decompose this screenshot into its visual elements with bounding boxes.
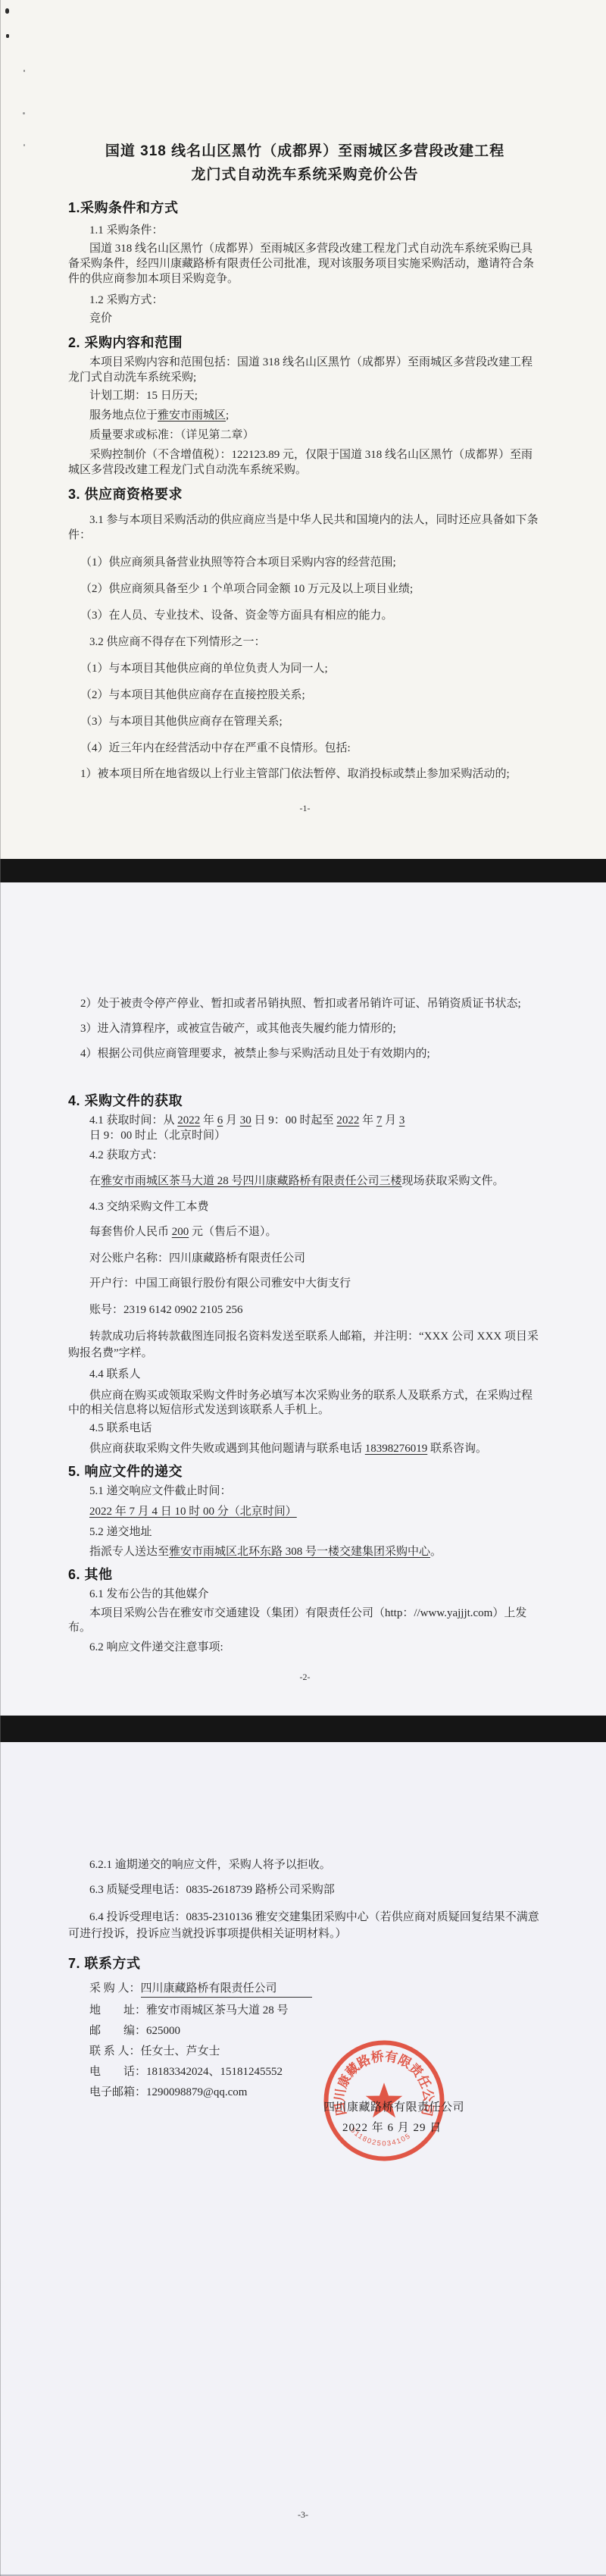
signature-company-name: 四川康藏路桥有限责任公司: [323, 2098, 464, 2114]
clause-4-5-label: 4.5 联系电话: [68, 1421, 542, 1436]
clause-1-1-body: 国道 318 线名山区黑竹（成都界）至雨城区多营段改建工程龙门式自动洗车系统采购…: [68, 241, 542, 287]
clause-4-3-label: 4.3 交纳采购文件工本费: [68, 1199, 542, 1214]
t: 。: [430, 1546, 442, 1558]
t: 现场获取采购文件。: [402, 1175, 504, 1187]
contact-person-row: 联 系 人： 任女士、芦女士: [68, 2044, 542, 2059]
clause-3-2-item-1: （1）与本项目其他供应商的单位负责人为同一人;: [68, 661, 542, 676]
t: 年: [203, 1114, 214, 1127]
section-5-heading: 5. 响应文件的递交: [68, 1461, 542, 1482]
clause-3-1-item-3: （3）在人员、专业技术、设备、资金等方面具有相应的能力。: [68, 608, 542, 623]
scope-paragraph: 本项目采购内容和范围包括：国道 318 线名山区黑竹（成都界）至雨城区多营段改建…: [68, 355, 542, 385]
address-underlined: 雅安市雨城区茶马大道 28 号四川康藏路桥有限责任公司三楼: [101, 1175, 402, 1187]
clause-6-4: 6.4 投诉受理电话：0835-2310136 雅安交建集团采购中心（若供应商对…: [68, 1909, 542, 1942]
postcode-label: 邮 编：: [89, 2023, 146, 2039]
page-number-1: -1-: [68, 803, 542, 814]
document-title-line1: 国道 318 线名山区黑竹（成都界）至雨城区多营段改建工程: [68, 139, 542, 163]
delivery-address-underlined: 雅安市雨城区北环东路 308 号一楼交建集团采购中心: [169, 1546, 430, 1558]
clause-6-1-label: 6.1 发布公告的其他媒介: [68, 1587, 542, 1602]
t: 指派专人送达至: [89, 1546, 169, 1558]
scan-speck: [23, 70, 25, 72]
scan-left-edge: [0, 0, 1, 2576]
clause-5-1-label: 5.1 递交响应文件截止时间：: [68, 1484, 542, 1499]
clause-4-2-label: 4.2 获取方式：: [68, 1148, 542, 1163]
scan-speck: [23, 112, 25, 114]
t: 联系咨询。: [427, 1443, 487, 1455]
service-location-prefix: 服务地点位于: [89, 409, 158, 421]
page-separator-1: [0, 859, 606, 882]
t: 日 9：00 时起至: [255, 1114, 334, 1127]
fee-amount-underlined: 200: [172, 1226, 189, 1238]
page-number-3: -3-: [0, 2509, 606, 2521]
section-7-heading: 7. 联系方式: [68, 1953, 542, 1974]
service-location-suffix: ;: [226, 409, 229, 421]
purchaser-label: 采 购 人：: [89, 1981, 141, 1998]
service-location-underlined: 雅安市雨城区: [158, 409, 226, 421]
account-number: 账号：2319 6142 0902 2105 256: [68, 1302, 542, 1318]
u: 2022: [177, 1114, 200, 1127]
u: 30: [240, 1114, 251, 1127]
phone-label: 电 话：: [89, 2064, 146, 2079]
deadline-underlined: 2022 年 7 月 4 日 10 时 00 分（北京时间）: [89, 1506, 297, 1518]
t: 4.1 获取时间：从: [89, 1114, 175, 1127]
u: 2022: [336, 1114, 359, 1127]
document-title-line2: 龙门式自动洗车系统采购竞价公告: [68, 163, 542, 186]
scan-speck: [6, 34, 9, 38]
u: 3: [399, 1114, 405, 1127]
planned-duration: 计划工期：15 日历天;: [68, 388, 542, 403]
page-3: 6.2.1 逾期递交的响应文件，采购人将予以拒收。 6.3 质疑受理电话：083…: [0, 1742, 606, 2576]
contact-address-row: 地 址： 雅安市雨城区茶马大道 28 号: [68, 2003, 542, 2018]
scan-speck: [5, 8, 9, 14]
clause-3-2-sub-4: 4）根据公司供应商管理要求，被禁止参与采购活动且处于有效期内的;: [68, 1046, 542, 1061]
contact-email-row: 电子邮箱： 1290098879@qq.com: [68, 2085, 542, 2100]
scanned-procurement-announcement: { "page1": { "title1": "国道 318 线名山区黑竹（成都…: [0, 0, 606, 2576]
u: 7: [376, 1114, 383, 1127]
section-4-heading: 4. 采购文件的获取: [68, 1090, 542, 1111]
clause-3-1-item-2: （2）供应商须具备至少 1 个单项合同金额 10 万元及以上项目业绩;: [68, 581, 542, 597]
t: 月: [385, 1114, 396, 1127]
phone-value: 18183342024、15181245552: [146, 2064, 283, 2079]
t: 在: [89, 1175, 101, 1187]
page-separator-2: [0, 1716, 606, 1742]
clause-3-2: 3.2 供应商不得存在下列情形之一：: [68, 635, 542, 650]
section-3-heading: 3. 供应商资格要求: [68, 484, 542, 505]
clause-4-5-body: 供应商获取采购文件失败或遇到其他问题请与联系电话 18398276019 联系咨…: [68, 1441, 542, 1456]
scan-speck: [23, 144, 25, 146]
clause-3-2-sub-2: 2）处于被责令停产停业、暂扣或者吊销执照、暂扣或者吊销许可证、吊销资质证书状态;: [68, 996, 542, 1011]
hotline-underlined: 18398276019: [365, 1443, 428, 1455]
clause-3-1-item-1: （1）供应商须具备营业执照等符合本项目采购内容的经营范围;: [68, 555, 542, 570]
control-price-paragraph: 采购控制价（不含增值税）：122123.89 元，仅限于国道 318 线名山区黑…: [68, 447, 542, 478]
section-1-heading: 1.采购条件和方式: [68, 197, 542, 218]
u: 6: [217, 1114, 223, 1127]
t: 月: [226, 1114, 237, 1127]
contact-person-label: 联 系 人：: [89, 2044, 141, 2059]
procurement-method-value: 竞价: [68, 311, 542, 326]
service-location: 服务地点位于雅安市雨城区;: [68, 408, 542, 423]
clause-3-2-sub-1: 1）被本项目所在地省级以上行业主管部门依法暂停、取消投标或禁止参加采购活动的;: [68, 766, 542, 782]
clause-1-1-label: 1.1 采购条件：: [68, 223, 542, 238]
postcode-value: 625000: [146, 2023, 180, 2039]
t: 每套售价人民币: [89, 1226, 172, 1238]
clause-1-2-label: 1.2 采购方式：: [68, 293, 542, 308]
contact-person-value: 任女士、芦女士: [141, 2044, 220, 2059]
clause-6-2-1: 6.2.1 逾期递交的响应文件，采购人将予以拒收。: [68, 1857, 542, 1872]
bank-name: 开户行：中国工商银行股份有限公司雅安中大街支行: [68, 1276, 542, 1291]
clause-5-2-label: 5.2 递交地址: [68, 1525, 542, 1540]
address-label: 地 址：: [89, 2003, 146, 2018]
signature-date: 2022 年 6 月 29 日: [342, 2119, 442, 2135]
t: 供应商获取采购文件失败或遇到其他问题请与联系电话: [89, 1443, 365, 1455]
email-label: 电子邮箱：: [89, 2085, 146, 2100]
contact-postcode-row: 邮 编： 625000: [68, 2023, 542, 2039]
contact-phone-row: 电 话： 18183342024、15181245552: [68, 2064, 542, 2079]
document-fee: 每套售价人民币 200 元（售后不退）。: [68, 1224, 542, 1239]
clause-6-1-body: 本项目采购公告在雅安市交通建设（集团）有限责任公司（http：//www.yaj…: [68, 1606, 542, 1635]
transfer-note: 转款成功后将转款截图连同报名资料发送至联系人邮箱，并注明：“XXX 公司 XXX…: [68, 1328, 542, 1362]
t: 年: [362, 1114, 373, 1127]
t: 日 9：00 时止（北京时间）: [89, 1130, 226, 1142]
clause-3-2-sub-3: 3）进入清算程序，或被宣告破产，或其他丧失履约能力情形的;: [68, 1021, 542, 1036]
clause-3-2-item-3: （3）与本项目其他供应商存在管理关系;: [68, 714, 542, 729]
clause-4-4-body: 供应商在购买或领取采购文件时务必填写本次采购业务的联系人及联系方式，在采购过程中…: [68, 1389, 542, 1418]
page-1: 国道 318 线名山区黑竹（成都界）至雨城区多营段改建工程 龙门式自动洗车系统采…: [0, 0, 606, 859]
clause-6-3: 6.3 质疑受理电话：0835-2618739 路桥公司采购部: [68, 1882, 542, 1898]
section-2-heading: 2. 采购内容和范围: [68, 332, 542, 353]
email-value: 1290098879@qq.com: [146, 2085, 247, 2100]
clause-3-1: 3.1 参与本项目采购活动的供应商应当是中华人民共和国境内的法人，同时还应具备如…: [68, 512, 542, 543]
clause-3-2-item-2: （2）与本项目其他供应商存在直接控股关系;: [68, 688, 542, 703]
section-6-heading: 6. 其他: [68, 1564, 542, 1585]
address-value: 雅安市雨城区茶马大道 28 号: [146, 2003, 289, 2018]
t: 元（售后不退）。: [189, 1226, 276, 1238]
page-number-2: -2-: [68, 1672, 542, 1683]
deadline-datetime: 2022 年 7 月 4 日 10 时 00 分（北京时间）: [68, 1504, 542, 1519]
clause-5-2-body: 指派专人送达至雅安市雨城区北环东路 308 号一楼交建集团采购中心。: [68, 1544, 542, 1559]
clause-4-1: 4.1 获取时间：从 2022 年 6 月 30 日 9：00 时起至 2022…: [68, 1113, 542, 1143]
clause-4-2-body: 在雅安市雨城区茶马大道 28 号四川康藏路桥有限责任公司三楼现场获取采购文件。: [68, 1174, 542, 1189]
quality-requirement: 质量要求或标准：（详见第二章）: [68, 428, 542, 443]
clause-4-4-label: 4.4 联系人: [68, 1367, 542, 1382]
corporate-account-name: 对公账户名称：四川康藏路桥有限责任公司: [68, 1251, 542, 1266]
purchaser-value: 四川康藏路桥有限责任公司: [141, 1981, 312, 1998]
clause-3-2-item-4: （4）近三年内在经营活动中存在严重不良情形。包括:: [68, 741, 542, 756]
contact-purchaser-row: 采 购 人： 四川康藏路桥有限责任公司: [68, 1981, 542, 1998]
page-2: 2）处于被责令停产停业、暂扣或者吊销执照、暂扣或者吊销许可证、吊销资质证书状态;…: [0, 882, 606, 1716]
clause-6-2-label: 6.2 响应文件递交注意事项:: [68, 1640, 542, 1655]
